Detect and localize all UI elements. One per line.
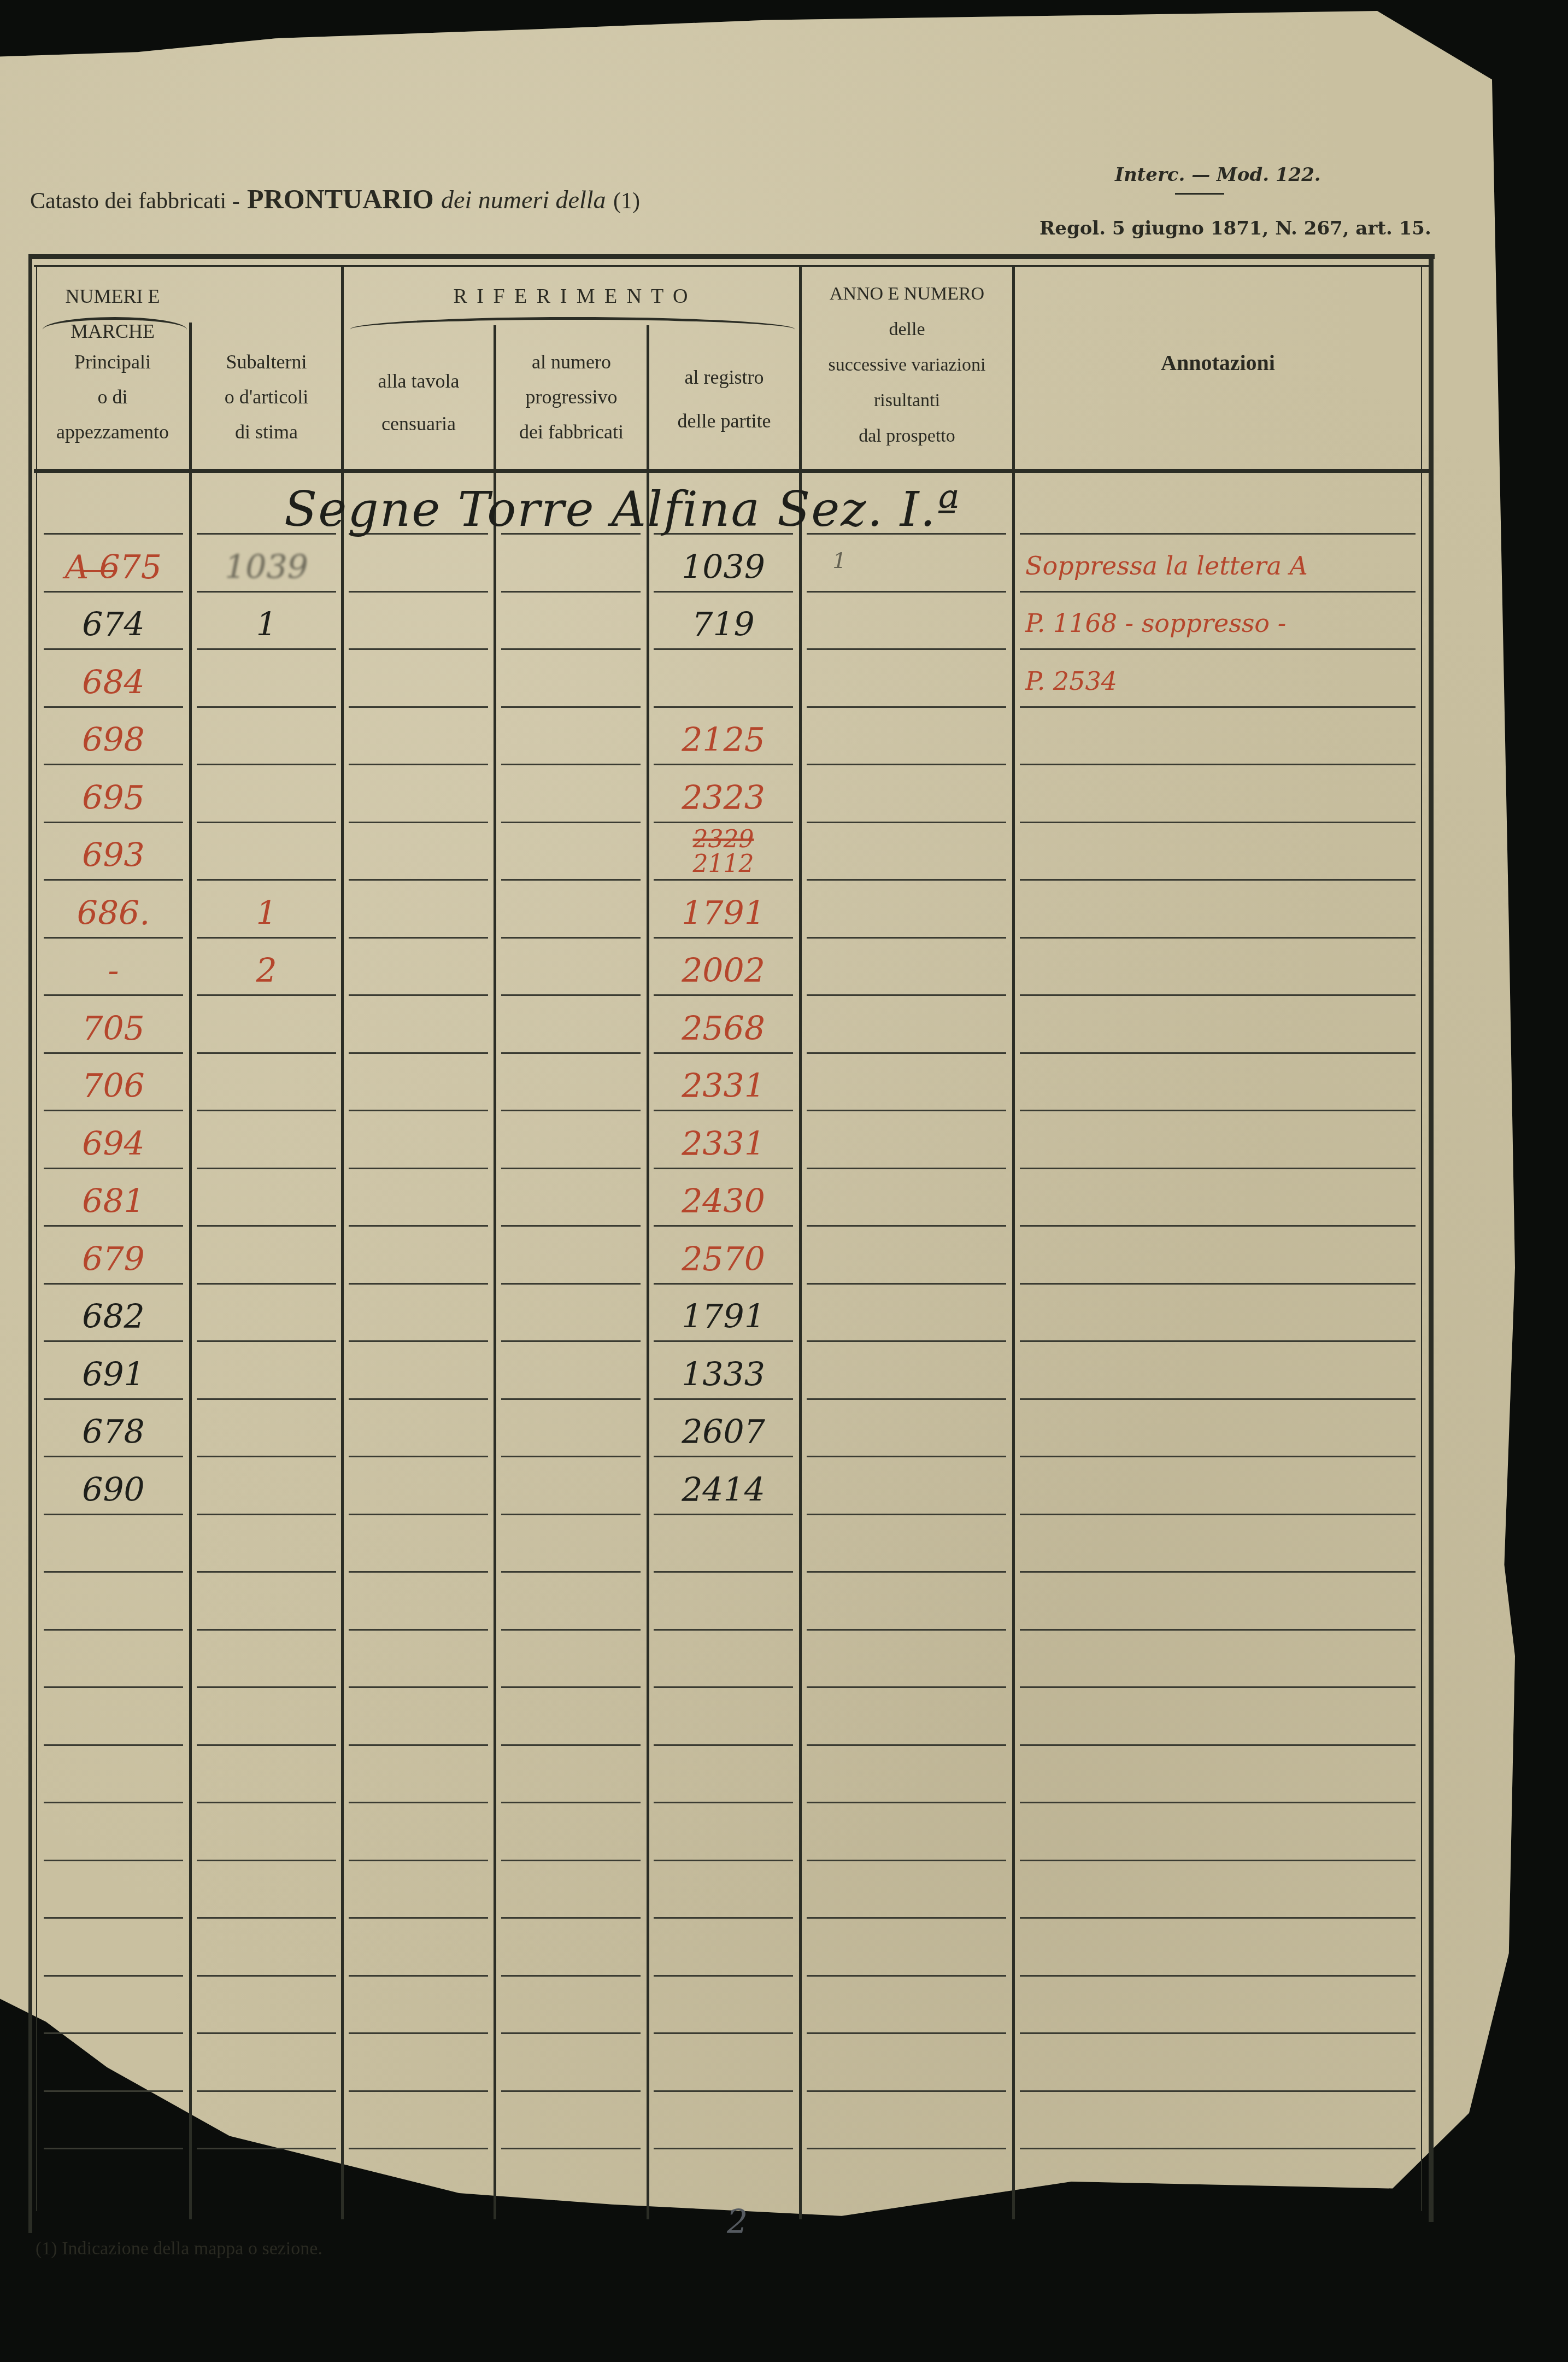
ruled-line <box>807 1744 1006 1746</box>
ruled-line <box>501 1571 641 1573</box>
cell-principali: 690 <box>44 1471 183 1509</box>
ruled-line <box>654 1456 793 1457</box>
ruled-line <box>654 1975 793 1977</box>
ruled-line <box>44 2032 183 2034</box>
ruled-line <box>197 1686 336 1688</box>
ruled-line <box>654 1744 793 1746</box>
ruled-line <box>1020 2090 1416 2092</box>
ruled-line <box>501 1110 641 1111</box>
ruled-line <box>1020 648 1416 650</box>
header-anno-numero: ANNO E NUMERO delle successive variazion… <box>802 276 1012 454</box>
ruled-line <box>654 1283 793 1285</box>
ruled-line <box>349 2148 488 2149</box>
header-riferimento: R I F E R I M E N T O <box>344 279 799 314</box>
ruled-line <box>1020 1744 1416 1746</box>
title-suffix: dei numeri della <box>441 186 606 214</box>
col-header-tavola: alla tavola censuaria <box>344 360 494 445</box>
col-header-principali-l3: appezzamento <box>36 414 189 449</box>
ruled-line <box>501 1917 641 1919</box>
ruled-line <box>501 1398 641 1400</box>
ruled-line <box>349 1168 488 1169</box>
cell-registro: 2323 <box>654 779 793 817</box>
ruled-line <box>654 2090 793 2092</box>
anno-line-2: delle <box>802 312 1012 347</box>
ruled-line <box>1020 706 1416 708</box>
ruled-line <box>807 1398 1006 1400</box>
cell-subalterni: 2 <box>197 952 336 990</box>
ruled-line <box>807 1514 1006 1515</box>
ruled-line <box>1020 2148 1416 2149</box>
ruled-line <box>197 1917 336 1919</box>
ruled-line <box>654 1802 793 1803</box>
ruled-line <box>1020 1860 1416 1861</box>
ruled-line <box>44 1975 183 1977</box>
ruled-line <box>1020 994 1416 996</box>
table-left-border <box>28 254 32 2233</box>
ruled-line <box>1020 1514 1416 1515</box>
ruled-line <box>44 1802 183 1803</box>
ruled-line <box>349 1744 488 1746</box>
ruled-line <box>349 1340 488 1342</box>
cell-subalterni: 1 <box>197 606 336 644</box>
ruled-line <box>501 1456 641 1457</box>
ruled-line <box>654 1629 793 1631</box>
ruled-line <box>654 2148 793 2149</box>
ruled-line <box>807 2148 1006 2149</box>
ruled-line <box>807 937 1006 939</box>
cell-registro: 2125 <box>654 721 793 759</box>
cell-principali: 684 <box>44 664 183 702</box>
ruled-line <box>1020 533 1416 535</box>
anno-line-5: dal prospetto <box>802 418 1012 454</box>
col-header-subalterni-l1: Subalterni <box>192 344 341 379</box>
cell-principali: 679 <box>44 1240 183 1279</box>
ruled-line <box>501 2032 641 2034</box>
ruled-line <box>501 994 641 996</box>
cell-principali: A 675 <box>44 548 183 587</box>
ruled-line <box>501 937 641 939</box>
ruled-line <box>501 1168 641 1169</box>
col-header-registro: al registro delle partite <box>649 355 799 443</box>
ruled-line <box>654 1168 793 1169</box>
cell-registro: 1791 <box>654 1298 793 1336</box>
ruled-line <box>349 764 488 765</box>
cell-registro: 2002 <box>654 952 793 990</box>
cell-variazioni: 1 <box>807 548 872 573</box>
ruled-line <box>44 1744 183 1746</box>
ruled-line <box>44 1283 183 1285</box>
ruled-line <box>197 1283 336 1285</box>
col-header-progressivo-l3: dei fabbricati <box>496 414 647 449</box>
ruled-line <box>501 1052 641 1054</box>
ruled-line <box>654 706 793 708</box>
ruled-line <box>1020 937 1416 939</box>
ruled-line <box>1020 1629 1416 1631</box>
ruled-line <box>349 1917 488 1919</box>
col-divider-5 <box>799 265 802 2219</box>
cell-registro: 1791 <box>654 894 793 933</box>
ruled-line <box>501 879 641 881</box>
cell-principali: 693 <box>44 836 183 875</box>
ruled-line <box>654 764 793 765</box>
ruled-line <box>44 1571 183 1573</box>
ruled-line <box>44 1110 183 1111</box>
col-header-progressivo-l1: al numero <box>496 344 647 379</box>
ruled-line <box>1020 1052 1416 1054</box>
ruled-line <box>197 1456 336 1457</box>
cell-subalterni: 1039 <box>197 548 336 587</box>
ruled-line <box>807 1168 1006 1169</box>
ruled-line <box>197 994 336 996</box>
ruled-line <box>501 1975 641 1977</box>
cell-annotazione: Soppressa la lettera A <box>1025 551 1308 581</box>
ruled-line <box>349 879 488 881</box>
ruled-line <box>349 2090 488 2092</box>
ruled-line <box>501 822 641 823</box>
col-header-principali: Principali o di appezzamento <box>36 344 189 449</box>
col-divider-2 <box>341 265 344 2219</box>
ruled-line <box>807 1110 1006 1111</box>
ruled-line <box>501 2148 641 2149</box>
ruled-line <box>501 706 641 708</box>
col-header-principali-l2: o di <box>36 379 189 414</box>
ruled-line <box>1020 1110 1416 1111</box>
ruled-line <box>349 937 488 939</box>
ruled-line <box>807 1975 1006 1977</box>
ruled-line <box>197 2148 336 2149</box>
cell-principali: 682 <box>44 1298 183 1336</box>
cell-registro: 2568 <box>654 1010 793 1048</box>
ruled-line <box>1020 879 1416 881</box>
anno-line-4: risultanti <box>802 383 1012 418</box>
ruled-line <box>44 1629 183 1631</box>
ruled-line <box>349 822 488 823</box>
col-header-progressivo-l2: progressivo <box>496 379 647 414</box>
ruled-line <box>501 1802 641 1803</box>
ruled-line <box>349 591 488 593</box>
ruled-line <box>501 1686 641 1688</box>
ruled-line <box>1020 1398 1416 1400</box>
cell-principali: 705 <box>44 1010 183 1048</box>
cell-registro: 2430 <box>654 1182 793 1221</box>
ruled-line <box>654 822 793 823</box>
col-header-tavola-l2: censuaria <box>344 402 494 445</box>
col-divider-1 <box>189 323 192 2219</box>
ruled-line <box>807 822 1006 823</box>
ruled-line <box>349 2032 488 2034</box>
ruled-line <box>807 2090 1006 2092</box>
table-right-inner-border <box>1421 265 1422 2211</box>
ruled-line <box>197 937 336 939</box>
table-right-border <box>1429 254 1434 2222</box>
ruled-line <box>654 591 793 593</box>
ruled-line <box>501 1744 641 1746</box>
ruled-line <box>44 706 183 708</box>
ruled-line <box>501 1283 641 1285</box>
ruled-line <box>1020 1802 1416 1803</box>
ruled-line <box>807 648 1006 650</box>
ruled-line <box>197 1398 336 1400</box>
ruled-line <box>44 1686 183 1688</box>
cell-registro: 2331 <box>654 1125 793 1163</box>
cell-principali: 686. <box>44 894 183 933</box>
ruled-line <box>807 1225 1006 1227</box>
section-title: Segne Torre Alfina Sez. I.ª <box>284 481 960 537</box>
col-header-subalterni-l3: di stima <box>192 414 341 449</box>
ruled-line <box>349 648 488 650</box>
header-bottom-border <box>34 469 1430 473</box>
ruled-line <box>807 764 1006 765</box>
ruled-line <box>44 1168 183 1169</box>
ruled-line <box>1020 1340 1416 1342</box>
cell-principali: 681 <box>44 1182 183 1221</box>
ruled-line <box>1020 2032 1416 2034</box>
ruled-line <box>44 2090 183 2092</box>
ruled-line <box>501 2090 641 2092</box>
ruled-line <box>197 1802 336 1803</box>
regulation-reference: Regol. 5 giugno 1871, N. 267, art. 15. <box>1040 218 1431 239</box>
title-main: PRONTUARIO <box>247 184 434 214</box>
ruled-line <box>197 1168 336 1169</box>
cell-principali: 706 <box>44 1067 183 1105</box>
ruled-line <box>501 1629 641 1631</box>
model-underline <box>1175 193 1224 195</box>
ruled-line <box>654 1571 793 1573</box>
ruled-line <box>349 1629 488 1631</box>
ruled-line <box>44 1917 183 1919</box>
ruled-line <box>654 1686 793 1688</box>
col-header-tavola-l1: alla tavola <box>344 360 494 402</box>
ruled-line <box>44 937 183 939</box>
strike-through <box>82 570 115 572</box>
ruled-line <box>1020 1975 1416 1977</box>
ruled-line <box>197 2090 336 2092</box>
cell-registro: 2112 <box>654 850 793 878</box>
ruled-line <box>654 1514 793 1515</box>
ruled-line <box>197 822 336 823</box>
ruled-line <box>501 591 641 593</box>
cell-registro: 1333 <box>654 1356 793 1394</box>
ruled-line <box>1020 591 1416 593</box>
ruled-line <box>349 1860 488 1861</box>
ruled-line <box>197 764 336 765</box>
anno-line-1: ANNO E NUMERO <box>802 276 1012 312</box>
ruled-line <box>807 1571 1006 1573</box>
ruled-line <box>44 1860 183 1861</box>
ruled-line <box>807 1340 1006 1342</box>
ruled-line <box>349 1456 488 1457</box>
ruled-line <box>654 2032 793 2034</box>
col-divider-3 <box>494 325 496 2219</box>
ruled-line <box>349 706 488 708</box>
ruled-line <box>807 1686 1006 1688</box>
ruled-line <box>197 1110 336 1111</box>
ruled-line <box>349 1686 488 1688</box>
ruled-line <box>1020 1456 1416 1457</box>
cell-registro: 2607 <box>654 1413 793 1451</box>
ruled-line <box>807 1283 1006 1285</box>
ruled-line <box>197 591 336 593</box>
table-top-inner-border <box>34 265 1430 267</box>
col-header-subalterni-l2: o d'articoli <box>192 379 341 414</box>
ruled-line <box>349 1052 488 1054</box>
cell-registro: 2331 <box>654 1067 793 1105</box>
ruled-line <box>349 1802 488 1803</box>
cell-principali: 678 <box>44 1413 183 1451</box>
ruled-line <box>807 1860 1006 1861</box>
ruled-line <box>44 1052 183 1054</box>
ruled-line <box>44 1514 183 1515</box>
ruled-line <box>807 706 1006 708</box>
scanned-document-page: Catasto dei fabbricati - PRONTUARIO dei … <box>0 0 1568 2362</box>
ruled-line <box>197 706 336 708</box>
ruled-line <box>654 1340 793 1342</box>
ruled-line <box>807 1629 1006 1631</box>
ruled-line <box>197 1975 336 1977</box>
title-prefix: Catasto dei fabbricati - <box>30 189 240 214</box>
ruled-line <box>1020 1168 1416 1169</box>
ruled-line <box>654 1860 793 1861</box>
ruled-line <box>654 1052 793 1054</box>
ruled-line <box>1020 1917 1416 1919</box>
ruled-line <box>197 1571 336 1573</box>
ruled-line <box>197 1860 336 1861</box>
ruled-line <box>807 994 1006 996</box>
ruled-line <box>44 1340 183 1342</box>
cell-principali: 674 <box>44 606 183 644</box>
ruled-line <box>349 1571 488 1573</box>
ruled-line <box>654 879 793 881</box>
title-note-ref: (1) <box>613 189 640 214</box>
col-header-progressivo: al numero progressivo dei fabbricati <box>496 344 647 449</box>
ruled-line <box>44 822 183 823</box>
ruled-line <box>197 1340 336 1342</box>
ruled-line <box>44 879 183 881</box>
ruled-line <box>501 764 641 765</box>
cell-registro-struck: 2329 <box>654 825 793 853</box>
ruled-line <box>44 1456 183 1457</box>
ruled-line <box>349 994 488 996</box>
ruled-line <box>1020 1686 1416 1688</box>
cell-annotazione: P. 2534 <box>1025 666 1117 696</box>
ruled-line <box>197 1514 336 1515</box>
ruled-line <box>349 1514 488 1515</box>
ruled-line <box>501 1340 641 1342</box>
ruled-line <box>807 591 1006 593</box>
col-header-registro-l2: delle partite <box>649 399 799 443</box>
ruled-line <box>197 1225 336 1227</box>
ruled-line <box>197 2032 336 2034</box>
cell-registro: 1039 <box>654 548 793 587</box>
ruled-line <box>654 1398 793 1400</box>
ruled-line <box>1020 1283 1416 1285</box>
ruled-line <box>44 1398 183 1400</box>
ruled-line <box>349 1110 488 1111</box>
footnote: (1) Indicazione della mappa o sezione. <box>36 2238 322 2259</box>
ruled-line <box>44 764 183 765</box>
ruled-line <box>197 879 336 881</box>
col-divider-4 <box>647 325 649 2219</box>
cell-principali: 698 <box>44 721 183 759</box>
table-top-border <box>30 254 1435 259</box>
ruled-line <box>501 1860 641 1861</box>
cell-principali: 695 <box>44 779 183 817</box>
ruled-line <box>44 533 183 535</box>
ruled-line <box>807 1052 1006 1054</box>
ruled-line <box>197 1744 336 1746</box>
cell-subalterni: 1 <box>197 894 336 933</box>
ruled-line <box>1020 764 1416 765</box>
ruled-line <box>654 648 793 650</box>
ruled-line <box>654 1917 793 1919</box>
ruled-line <box>349 1975 488 1977</box>
ruled-line <box>654 994 793 996</box>
ruled-line <box>654 1225 793 1227</box>
ruled-line <box>1020 1571 1416 1573</box>
col-header-principali-l1: Principali <box>36 344 189 379</box>
ruled-line <box>44 648 183 650</box>
table-left-inner-border <box>36 265 37 2211</box>
ruled-line <box>197 648 336 650</box>
ruled-line <box>1020 822 1416 823</box>
ruled-line <box>44 2148 183 2149</box>
ruled-line <box>654 937 793 939</box>
ruled-line <box>501 1225 641 1227</box>
col-header-subalterni: Subalterni o d'articoli di stima <box>192 344 341 449</box>
ruled-line <box>501 648 641 650</box>
ruled-line <box>44 1225 183 1227</box>
cell-principali: 694 <box>44 1125 183 1163</box>
ruled-line <box>501 1514 641 1515</box>
ruled-line <box>349 1398 488 1400</box>
cell-registro: 2570 <box>654 1240 793 1279</box>
ruled-line <box>807 1917 1006 1919</box>
ruled-line <box>349 1225 488 1227</box>
page-mark: 2 <box>727 2203 748 2241</box>
cell-principali: 691 <box>44 1356 183 1394</box>
ruled-line <box>197 1052 336 1054</box>
model-label: Interc. — Mod. 122. <box>1115 164 1321 186</box>
ruled-line <box>807 2032 1006 2034</box>
ruled-line <box>349 1283 488 1285</box>
ruled-line <box>1020 1225 1416 1227</box>
ruled-line <box>654 1110 793 1111</box>
ruled-line <box>807 1802 1006 1803</box>
header-numeri-marche: NUMERI E MARCHE <box>36 279 189 349</box>
ruled-line <box>807 1456 1006 1457</box>
col-divider-6 <box>1012 265 1015 2219</box>
anno-line-3: successive variazioni <box>802 347 1012 383</box>
cell-principali: - <box>44 952 183 990</box>
ruled-line <box>197 1629 336 1631</box>
cell-annotazione: P. 1168 - soppresso - <box>1025 608 1286 638</box>
header-annotazioni: Annotazioni <box>1015 345 1421 380</box>
ruled-line <box>44 591 183 593</box>
cell-registro: 2414 <box>654 1471 793 1509</box>
ruled-line <box>44 994 183 996</box>
cell-registro: 719 <box>654 606 793 644</box>
document-title: Catasto dei fabbricati - PRONTUARIO dei … <box>30 183 640 215</box>
ruled-line <box>807 879 1006 881</box>
col-header-registro-l1: al registro <box>649 355 799 399</box>
